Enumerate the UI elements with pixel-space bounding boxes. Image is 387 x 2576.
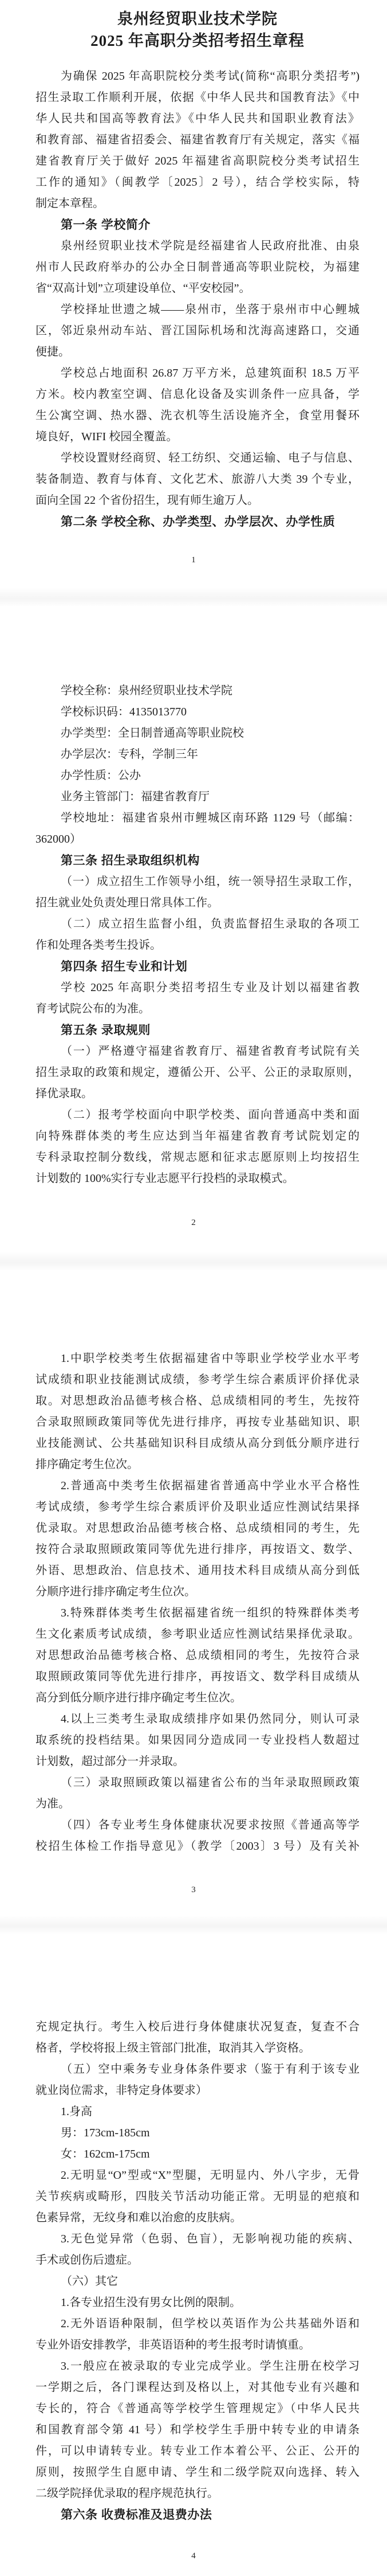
text-line: 1.各专业招生没有男女比例的限制。: [35, 2292, 360, 2313]
text-line: （一）成立招生工作领导小组，统一领导招生录取工作，: [35, 871, 360, 892]
text-line: 男：173cm-185cm: [35, 2123, 360, 2144]
text-line: 充规定执行。考生入校后进行身体健康状况复查，复查不合: [35, 2017, 360, 2038]
text-line: 关节疾病或畸形，四肢关节活动功能正常。无明显的疤痕和: [35, 2186, 360, 2207]
text-line: 女：162cm-175cm: [35, 2144, 360, 2165]
text-line: 方米。校内教室空调、信息化设备及实训条件一应具备，学: [35, 384, 360, 405]
text-line: 工作的通知》（闽教学〔2025〕2 号），结合学校实际，特: [35, 172, 360, 193]
text-line: 外语、思想政治、信息技术、通用技术科目成绩从高分到低: [35, 1560, 360, 1581]
text-line: 育考试院公布的为准。: [35, 999, 360, 1020]
text-line: 办学层次：专科，学制三年: [35, 744, 360, 765]
text-line: 择优录取。: [35, 1083, 360, 1105]
text-line: 和教育部、福建省招委会、福建省教育厅有关规定，落实《福: [35, 130, 360, 151]
text-line: 分顺序进行排序确定考生位次。: [35, 1581, 360, 1603]
document-page-4: 充规定执行。考生入校后进行身体健康状况复查，复查不合格者，学校将报上级主管部门批…: [0, 1927, 387, 2576]
text-line: 二级学院择优录取的程序规范执行。: [35, 2483, 360, 2504]
text-line: 作和处理各类考生投诉。: [35, 935, 360, 956]
text-line: 学校设置财经商贸、轻工纺织、交通运输、电子与信息、: [35, 448, 360, 469]
section-heading: 第一条 学校简介: [35, 214, 360, 236]
text-line: 办学性质：公办: [35, 765, 360, 786]
document-view: 泉州经贸职业技术学院 2025 年高职分类招考招生章程 为确保 2025 年高职…: [0, 0, 387, 2576]
text-line: 招生录取工作顺利开展，依据《中华人民共和国教育法》《中: [35, 87, 360, 108]
text-line: 制定本章程。: [35, 193, 360, 214]
text-line: 为准。: [35, 1794, 360, 1815]
text-line: 为确保 2025 年高职院校分类考试(简称“高职分类招考”): [35, 66, 360, 87]
text-line: 学校标识码：4135013770: [35, 702, 360, 723]
text-line: 省“双高计划”立项建设单位、“平安校园”。: [35, 278, 360, 299]
text-line: 合录取照顾政策同等优先进行排序，再按专业基础知识、职: [35, 1412, 360, 1433]
text-line: 2.无外语语种限制，但学校以英语作为公共基础外语和: [35, 2313, 360, 2335]
text-line: 1.身高: [35, 2101, 360, 2123]
text-line: 取系统的投档结果。如果因同分造成同一专业投档人数超过: [35, 1730, 360, 1751]
text-line: 生公寓空调、热水器、洗衣机等生活设施齐全，食堂用餐环: [35, 405, 360, 426]
page-body-text: 充规定执行。考生入校后进行身体健康状况复查，复查不合格者，学校将报上级主管部门批…: [35, 2017, 360, 2526]
page-body-text: 学校全称：泉州经贸职业技术学院学校标识码：4135013770办学类型：全日制普…: [35, 680, 360, 1189]
text-line: 3.无色觉异常（色弱、色盲），无影响视功能的疾病、: [35, 2229, 360, 2250]
text-line: （六）其它: [35, 2271, 360, 2292]
text-line: 试成绩和职业技能测试成绩，参考学生综合素质评价择优录: [35, 1369, 360, 1391]
text-line: 一学期之后，各门课程达到及格以上，对其他专业有兴趣和: [35, 2377, 360, 2398]
text-line: 按符合录取照顾政策同等优先进行排序，再按语文、数学、: [35, 1539, 360, 1560]
text-line: 向特殊群体类的考生应达到当年福建省教育考试院划定的: [35, 1126, 360, 1147]
text-line: 校招生体检工作指导意见》（教学〔2003〕3 号）及有关补: [35, 1836, 360, 1857]
text-line: 4.以上三类考生录取成绩排序如果仍然同分，则认可录: [35, 1709, 360, 1730]
text-line: 手术或创伤后遗症。: [35, 2250, 360, 2271]
text-line: 原则，按照学生自愿申请、学生和二级学院双向选择、转入: [35, 2462, 360, 2483]
text-line: 专科录取控制分数线，常规志愿和征求志愿原则上均按招生: [35, 1147, 360, 1168]
text-line: 排序确定考生位次。: [35, 1454, 360, 1475]
page-number: 3: [0, 1880, 387, 1901]
section-heading: 第二条 学校全称、办学类型、办学层次、办学性质: [35, 511, 360, 533]
text-line: （二）成立招生监督小组，负责监督招生录取的各项工: [35, 914, 360, 935]
text-line: （二）报考学校面向中职学校类、面向普通高中类和面: [35, 1105, 360, 1126]
text-line: （三）录取照顾政策以福建省公布的当年录取照顾政策: [35, 1772, 360, 1794]
document-page-1: 泉州经贸职业技术学院 2025 年高职分类招考招生章程 为确保 2025 年高职…: [0, 0, 387, 599]
text-line: 业务主管部门：福建省教育厅: [35, 786, 360, 808]
section-heading: 第三条 招生录取组织机构: [35, 850, 360, 871]
document-title-line-2: 2025 年高职分类招考招生章程: [35, 30, 360, 52]
text-line: 362000）: [35, 829, 360, 850]
text-line: 2.无明显“O”型或“X”型腿，无明显内、外八字步，无骨: [35, 2165, 360, 2186]
page-number: 4: [0, 2546, 387, 2567]
text-line: 面向全国 22 个省份招生，现有师生逾万人。: [35, 490, 360, 511]
page-body-text: 1.中职学校类考生依据福建省中等职业学校学业水平考试成绩和职业技能测试成绩，参考…: [35, 1348, 360, 1857]
text-line: 对思想政治品德考核合格、总成绩相同的考生，先按符合录: [35, 1645, 360, 1666]
text-line: 泉州经贸职业技术学院是经福建省人民政府批准、由泉: [35, 236, 360, 257]
text-line: 便捷。: [35, 342, 360, 363]
page-number: 2: [0, 1212, 387, 1234]
page-number: 1: [0, 550, 387, 571]
text-line: 境良好，WIFI 校园全覆盖。: [35, 426, 360, 448]
text-line: 学校 2025 年高职分类招考招生专业及计划以福建省教: [35, 977, 360, 999]
text-line: 优录取。对思想政治品德考核合格、总成绩相同的考生，先: [35, 1518, 360, 1539]
text-line: 取。对思想政治品德考核合格、总成绩相同的考生，先按符: [35, 1391, 360, 1412]
text-line: 就业岗位需求，非特定身体要求）: [35, 2080, 360, 2101]
text-line: 1.中职学校类考生依据福建省中等职业学校学业水平考: [35, 1348, 360, 1369]
text-line: 招生录取的政策和规定，遵循公开、公平、公正的录取原则，: [35, 1062, 360, 1083]
page-body-text: 为确保 2025 年高职院校分类考试(简称“高职分类招考”)招生录取工作顺利开展…: [35, 66, 360, 533]
document-title-line-1: 泉州经贸职业技术学院: [35, 8, 360, 30]
text-line: 计划数，超过部分一并录取。: [35, 1751, 360, 1772]
text-line: 学校总占地面积 26.87 万平方米，总建筑面积 18.5 万平: [35, 363, 360, 384]
text-line: 装备制造、教育与体育、文化艺术、旅游八大类 39 个专业，: [35, 469, 360, 490]
text-line: 件，可以申请转专业。转专业工作本着公平、公正、公开的: [35, 2441, 360, 2462]
text-line: （一）严格遵守福建省教育厅、福建省教育考试院有关: [35, 1041, 360, 1062]
text-line: 业技能测试、公共基础知识科目成绩从高分到低分顺序进行: [35, 1433, 360, 1454]
text-line: 专业外语安排教学，非英语语种的考生报考时请慎重。: [35, 2335, 360, 2356]
text-line: 色素异常，无纹身和难以治愈的皮肤病。: [35, 2207, 360, 2229]
text-line: 办学类型：全日制普通高等职业院校: [35, 723, 360, 744]
text-line: 学校地址：福建省泉州市鲤城区南环路 1129 号（邮编：: [35, 808, 360, 829]
text-line: 州市人民政府举办的公办全日制普通高等职业院校，为福建: [35, 257, 360, 278]
text-line: 学校全称：泉州经贸职业技术学院: [35, 680, 360, 702]
text-line: 建省教育厅关于做好 2025 年福建省高职院校分类考试招生: [35, 151, 360, 172]
text-line: 区，邻近泉州动车站、晋江国际机场和沈海高速路口，交通: [35, 320, 360, 342]
text-line: 学校择址世遗之城——泉州市，坐落于泉州市中心鲤城: [35, 299, 360, 320]
text-line: 和国教育部令第 41 号）和学校学生手册中转专业的申请条: [35, 2420, 360, 2441]
text-line: 考试成绩，参考学生综合素质评价及职业适应性测试结果择: [35, 1497, 360, 1518]
text-line: 专长的，符合《普通高等学校学生管理规定》（中华人民共: [35, 2398, 360, 2420]
text-line: 高分到低分顺序进行排序确定考生位次。: [35, 1688, 360, 1709]
section-heading: 第四条 招生专业和计划: [35, 956, 360, 977]
document-page-3: 1.中职学校类考生依据福建省中等职业学校学业水平考试成绩和职业技能测试成绩，参考…: [0, 1263, 387, 1927]
text-line: 生文化素质考试成绩，参考职业适应性测试结果择优录取。: [35, 1624, 360, 1645]
section-heading: 第五条 录取规则: [35, 1020, 360, 1041]
text-line: 华人民共和国高等教育法》《中华人民共和国职业教育法》: [35, 108, 360, 130]
text-line: 格者，学校将报上级主管部门批准，取消其入学资格。: [35, 2038, 360, 2059]
text-line: （五）空中乘务专业身体条件要求（鉴于有利于该专业: [35, 2059, 360, 2080]
text-line: 取照顾政策同等优先进行排序，再按语文、数学科目成绩从: [35, 1666, 360, 1688]
text-line: （四）各专业考生身体健康状况要求按照《普通高等学: [35, 1815, 360, 1836]
text-line: 3.特殊群体类考生依据福建省统一组织的特殊群体类考: [35, 1603, 360, 1624]
document-page-2: 学校全称：泉州经贸职业技术学院学校标识码：4135013770办学类型：全日制普…: [0, 599, 387, 1263]
text-line: 计划数的 100%实行专业志愿平行投档的录取模式。: [35, 1168, 360, 1189]
text-line: 招生就业处负责处理日常具体工作。: [35, 892, 360, 914]
text-line: 3.一般应在被录取的专业完成学业。学生注册在校学习: [35, 2356, 360, 2377]
document-title: 泉州经贸职业技术学院 2025 年高职分类招考招生章程: [35, 8, 360, 52]
text-line: 2.普通高中类考生依据福建省普通高中学业水平合格性: [35, 1475, 360, 1497]
section-heading: 第六条 收费标准及退费办法: [35, 2504, 360, 2526]
